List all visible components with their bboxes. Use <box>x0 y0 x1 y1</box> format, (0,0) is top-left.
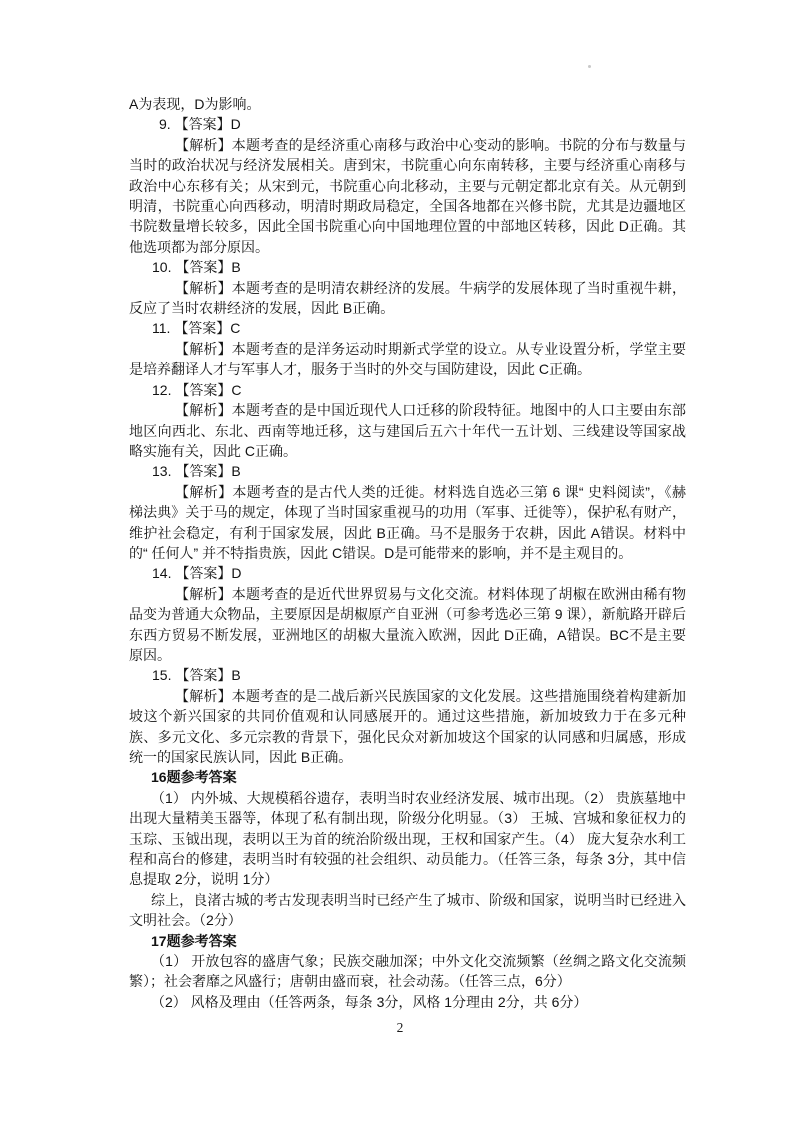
answer-line-q13: 13. 【答案】B <box>129 461 686 481</box>
document-page: A为表现，D为影响。 9. 【答案】D 【解析】本题考查的是经济重心南移与政治中… <box>0 0 800 1132</box>
paragraph-q8-tail: A为表现，D为影响。 <box>129 94 686 114</box>
section-header-q16: 16题参考答案 <box>129 767 686 787</box>
answer-line-q15: 15. 【答案】B <box>129 665 686 685</box>
scan-artifact-dot <box>588 65 591 68</box>
analysis-q13: 【解析】本题考查的是古代人类的迁徙。材料选自选必三第 6 课“ 史料阅读”，《赫… <box>129 482 686 564</box>
answer-q16-summary: 综上，良渚古城的考古发现表明当时已经产生了城市、阶级和国家，说明当时已经进入文明… <box>129 890 686 931</box>
answer-line-q14: 14. 【答案】D <box>129 563 686 583</box>
answer-q16-points: （1） 内外城、大规模稻谷遗存，表明当时农业经济发展、城市出现。（2） 贵族墓地… <box>129 788 686 890</box>
answer-line-q9: 9. 【答案】D <box>129 114 686 134</box>
answer-q17-part2: （2） 风格及理由（任答两条，每条 3分，风格 1分理由 2分，共 6分） <box>129 992 686 1012</box>
analysis-q12: 【解析】本题考查的是中国近现代人口迁移的阶段特征。地图中的人口主要由东部地区向西… <box>129 400 686 461</box>
analysis-q11: 【解析】本题考查的是洋务运动时期新式学堂的设立。从专业设置分析，学堂主要是培养翻… <box>129 339 686 380</box>
answer-line-q12: 12. 【答案】C <box>129 380 686 400</box>
analysis-q15: 【解析】本题考查的是二战后新兴民族国家的文化发展。这些措施围绕着构建新加坡这个新… <box>129 686 686 768</box>
analysis-q10: 【解析】本题考查的是明清农耕经济的发展。牛病学的发展体现了当时重视牛耕，反应了当… <box>129 278 686 319</box>
analysis-q9: 【解析】本题考查的是经济重心南移与政治中心变动的影响。书院的分布与数量与当时的政… <box>129 135 686 257</box>
page-number: 2 <box>0 1021 800 1035</box>
section-header-q17: 17题参考答案 <box>129 931 686 951</box>
answer-line-q11: 11. 【答案】C <box>129 318 686 338</box>
analysis-q14: 【解析】本题考查的是近代世界贸易与文化交流。材料体现了胡椒在欧洲由稀有物品变为普… <box>129 584 686 666</box>
answer-line-q10: 10. 【答案】B <box>129 257 686 277</box>
answer-q17-part1: （1） 开放包容的盛唐气象；民族交融加深；中外文化交流频繁（丝绸之路文化交流频繁… <box>129 951 686 992</box>
answer-key-text: A为表现，D为影响。 9. 【答案】D 【解析】本题考查的是经济重心南移与政治中… <box>129 94 686 1012</box>
